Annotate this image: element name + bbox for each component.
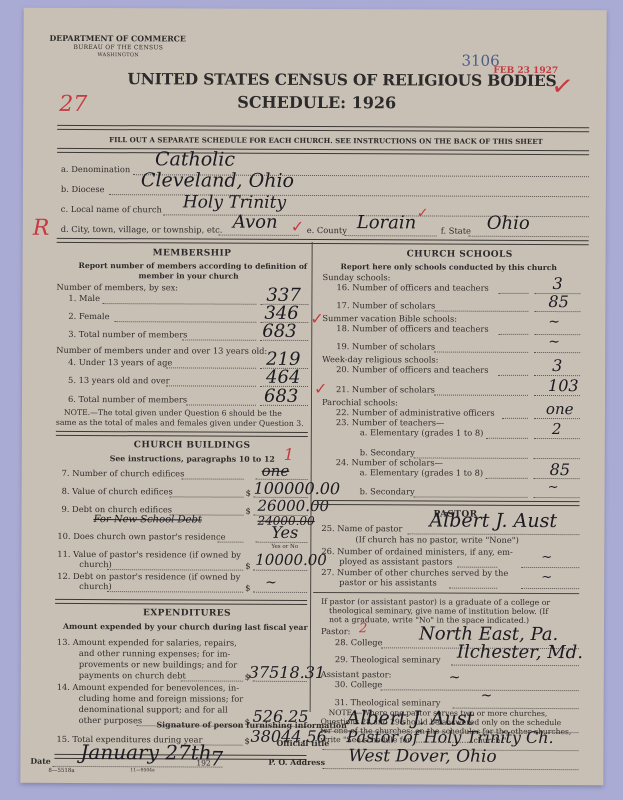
total-members-2-label: 6. Total number of members	[68, 394, 187, 405]
q17-value[interactable]: 85	[548, 292, 568, 311]
q19-label: 19. Number of scholars	[336, 341, 435, 351]
sunday-schools-label: Sunday schools:	[322, 272, 390, 282]
denomination-value[interactable]: Catholic	[155, 148, 235, 170]
owns-residence-label: 10. Does church own pastor's residence	[57, 531, 225, 542]
q13-label-2: and other running expenses; for im-	[79, 648, 230, 659]
edifices-debt-label: 9. Debt on church edifices	[61, 504, 172, 514]
q18-value[interactable]: ~	[548, 314, 560, 330]
official-title-label: Official title	[276, 739, 329, 748]
assistant-pastor-label: Assistant pastor:	[321, 669, 392, 679]
q29-value[interactable]: Ilchester, Md.	[457, 642, 583, 664]
church-schools-title: CHURCH SCHOOLS	[407, 249, 513, 259]
pastor-name-label: 25. Name of pastor	[321, 523, 402, 533]
q22-label: 22. Number of administrative officers	[336, 407, 495, 418]
expenditures-title: EXPENDITURES	[143, 608, 231, 618]
edifices-count-label: 7. Number of church edifices	[62, 468, 185, 479]
church-schools-subtitle: Report here only schools conducted by th…	[341, 262, 557, 272]
q30-value[interactable]: ~	[449, 670, 461, 686]
membership-subtitle: Report number of members according to de…	[79, 261, 308, 271]
currency-sign: $	[245, 561, 250, 571]
margin-letter: R	[33, 216, 50, 241]
q19-value[interactable]: ~	[548, 334, 560, 350]
denomination-label: a. Denomination	[61, 164, 130, 174]
membership-title: MEMBERSHIP	[153, 248, 232, 258]
q14-label-4: other purposes	[79, 715, 143, 725]
q23a-value[interactable]: 2	[552, 420, 562, 438]
q17-label: 17. Number of scholars	[336, 300, 435, 310]
church-buildings-subtitle: See instructions, paragraphs 10 to 12	[110, 454, 275, 464]
year-suffix[interactable]: 7	[210, 747, 223, 771]
by-sex-label: Number of members, by sex:	[56, 282, 178, 293]
year-prefix: 192	[196, 758, 210, 767]
edifices-value-label: 8. Value of church edifices	[62, 486, 173, 496]
q31-label: 31. Theological seminary	[335, 697, 441, 707]
total-members-label: 3. Total number of members	[68, 329, 187, 340]
q24a-label: a. Elementary (grades 1 to 8)	[360, 467, 484, 478]
parochial-schools-label: Parochial schools:	[322, 397, 398, 407]
pastor-name-hint: (If church has no pastor, write "None")	[355, 534, 519, 545]
over-13-label: 5. 13 years old and over	[68, 375, 170, 385]
census-schedule-form: DEPARTMENT OF COMMERCE BUREAU OF THE CEN…	[20, 8, 606, 786]
under-13-label: 4. Under 13 years of age	[68, 357, 172, 367]
q21-value[interactable]: 103	[548, 376, 579, 395]
date-value[interactable]: January 27th	[80, 740, 211, 765]
po-address-value[interactable]: West Dover, Ohio	[348, 746, 496, 767]
margin-number: 27	[59, 92, 87, 117]
official-title-value[interactable]: Pastor of Holy Trinity Ch.	[346, 727, 553, 747]
county-label: e. County	[307, 225, 347, 235]
county-value[interactable]: Lorain	[357, 212, 417, 233]
q16-label: 16. Number of officers and teachers	[336, 282, 488, 293]
q14-label-2: cluding home and foreign missions; for	[79, 693, 244, 704]
signature-label: Signature of person furnishing informati…	[157, 720, 347, 730]
q20-value[interactable]: 3	[552, 356, 562, 375]
city-value[interactable]: Avon	[233, 212, 278, 233]
q24b-label: b. Secondary	[360, 486, 415, 496]
female-label: 2. Female	[68, 311, 109, 321]
department-name: DEPARTMENT OF COMMERCE	[50, 34, 186, 44]
check-mark-icon: ✓	[314, 379, 327, 398]
q13-value[interactable]: 37518.31	[249, 663, 325, 682]
currency-sign: $	[246, 488, 251, 498]
diocese-label: b. Diocese	[61, 184, 105, 194]
total-members-2-value[interactable]: 683	[264, 386, 298, 407]
q26-value[interactable]: ~	[541, 550, 552, 565]
date-label: Date	[30, 757, 50, 766]
expenditures-subtitle: Amount expended by your church during la…	[63, 622, 308, 632]
pastor-mark: 2	[359, 621, 367, 636]
q14-label-3: denominational support; and for all	[79, 704, 228, 715]
city-label: d. City, town, village, or township, etc…	[61, 224, 223, 235]
q23b-label: b. Secondary	[360, 447, 415, 457]
state-label: f. State	[441, 226, 471, 236]
currency-sign: $	[244, 736, 249, 746]
summer-schools-label: Summer vacation Bible schools:	[322, 313, 457, 324]
q24-label: 24. Number of scholars—	[336, 457, 443, 467]
pastor-name-value[interactable]: Albert J. Aust	[429, 510, 557, 533]
q13-label-3: provements or new buildings; and for	[79, 659, 237, 670]
bureau-name: BUREAU OF THE CENSUS	[74, 44, 164, 51]
q27-value[interactable]: ~	[541, 570, 552, 585]
po-address-label: P. O. Address	[268, 758, 325, 767]
by-age-label: Number of members under and over 13 year…	[56, 345, 267, 356]
q13-label: 13. Amount expended for salaries, repair…	[57, 637, 237, 648]
q29-label: 29. Theological seminary	[335, 654, 441, 664]
q30-label: 30. College	[335, 679, 383, 689]
q22-value[interactable]: one	[546, 400, 574, 418]
q20-label: 20. Number of officers and teachers	[336, 364, 488, 375]
city-name: WASHINGTON	[97, 52, 138, 58]
residence-debt-label-2: church)	[79, 581, 112, 591]
q28-label: 28. College	[335, 637, 383, 647]
q24b-value[interactable]: ~	[548, 480, 559, 495]
q13-label-4: payments on church debt	[79, 670, 186, 680]
residence-value-label-2: church)	[79, 559, 112, 569]
diocese-value[interactable]: Cleveland, Ohio	[141, 169, 294, 192]
yes-no-hint: Yes or No	[271, 544, 298, 550]
residence-debt-value[interactable]: ~	[265, 575, 277, 591]
weekday-schools-label: Week-day religious schools:	[322, 354, 438, 365]
edifices-count-value[interactable]: one	[262, 462, 290, 480]
check-mark-icon: ✓	[310, 309, 323, 328]
form-code: 8—5518a	[48, 768, 74, 774]
form-title: UNITED STATES CENSUS OF RELIGIOUS BODIES	[127, 69, 556, 90]
check-mark-icon: ✓	[417, 205, 429, 221]
over-13-value[interactable]: 464	[266, 367, 300, 388]
male-label: 1. Male	[68, 293, 100, 303]
church-name-label: c. Local name of church	[61, 204, 162, 214]
q31-value[interactable]: ~	[481, 688, 493, 704]
state-value[interactable]: Ohio	[487, 213, 530, 234]
q23-label: 23. Number of teachers—	[336, 417, 444, 427]
q18-label: 18. Number of officers and teachers	[336, 323, 488, 334]
q16-value[interactable]: 3	[552, 274, 562, 293]
struck-note: For New School Debt	[93, 514, 202, 525]
edifices-value[interactable]: 100000.00	[254, 479, 341, 498]
q23a-label: a. Elementary (grades 1 to 8)	[360, 427, 484, 438]
membership-note: NOTE.—The total given under Question 6 s…	[64, 408, 282, 418]
total-members-value[interactable]: 683	[262, 321, 296, 342]
membership-note-2: same as the total of males and females g…	[56, 418, 304, 428]
church-buildings-title: CHURCH BUILDINGS	[134, 440, 251, 451]
currency-sign: $	[245, 506, 250, 516]
q24a-value[interactable]: 85	[550, 460, 570, 479]
membership-subtitle-2: member in your church	[139, 271, 239, 280]
check-mark-icon: ✓	[291, 217, 304, 236]
owns-residence-value[interactable]: Yes	[271, 523, 298, 542]
residence-value[interactable]: 10000.00	[255, 551, 327, 569]
schedule-year: SCHEDULE: 1926	[237, 93, 396, 113]
q21-label: 21. Number of scholars	[336, 384, 435, 394]
q26-label-2: ployed as assistant pastors	[339, 556, 452, 566]
pastor-sub-label: Pastor:	[321, 626, 351, 636]
q14-label: 14. Amount expended for benevolences, in…	[57, 682, 239, 693]
print-code: 11—9504a	[130, 768, 154, 773]
instruction-line: FILL OUT A SEPARATE SCHEDULE FOR EACH CH…	[109, 135, 543, 146]
currency-sign: $	[245, 583, 250, 593]
q27-label-2: pastor or his assistants	[339, 577, 437, 587]
church-name-value[interactable]: Holy Trinity	[183, 192, 286, 212]
